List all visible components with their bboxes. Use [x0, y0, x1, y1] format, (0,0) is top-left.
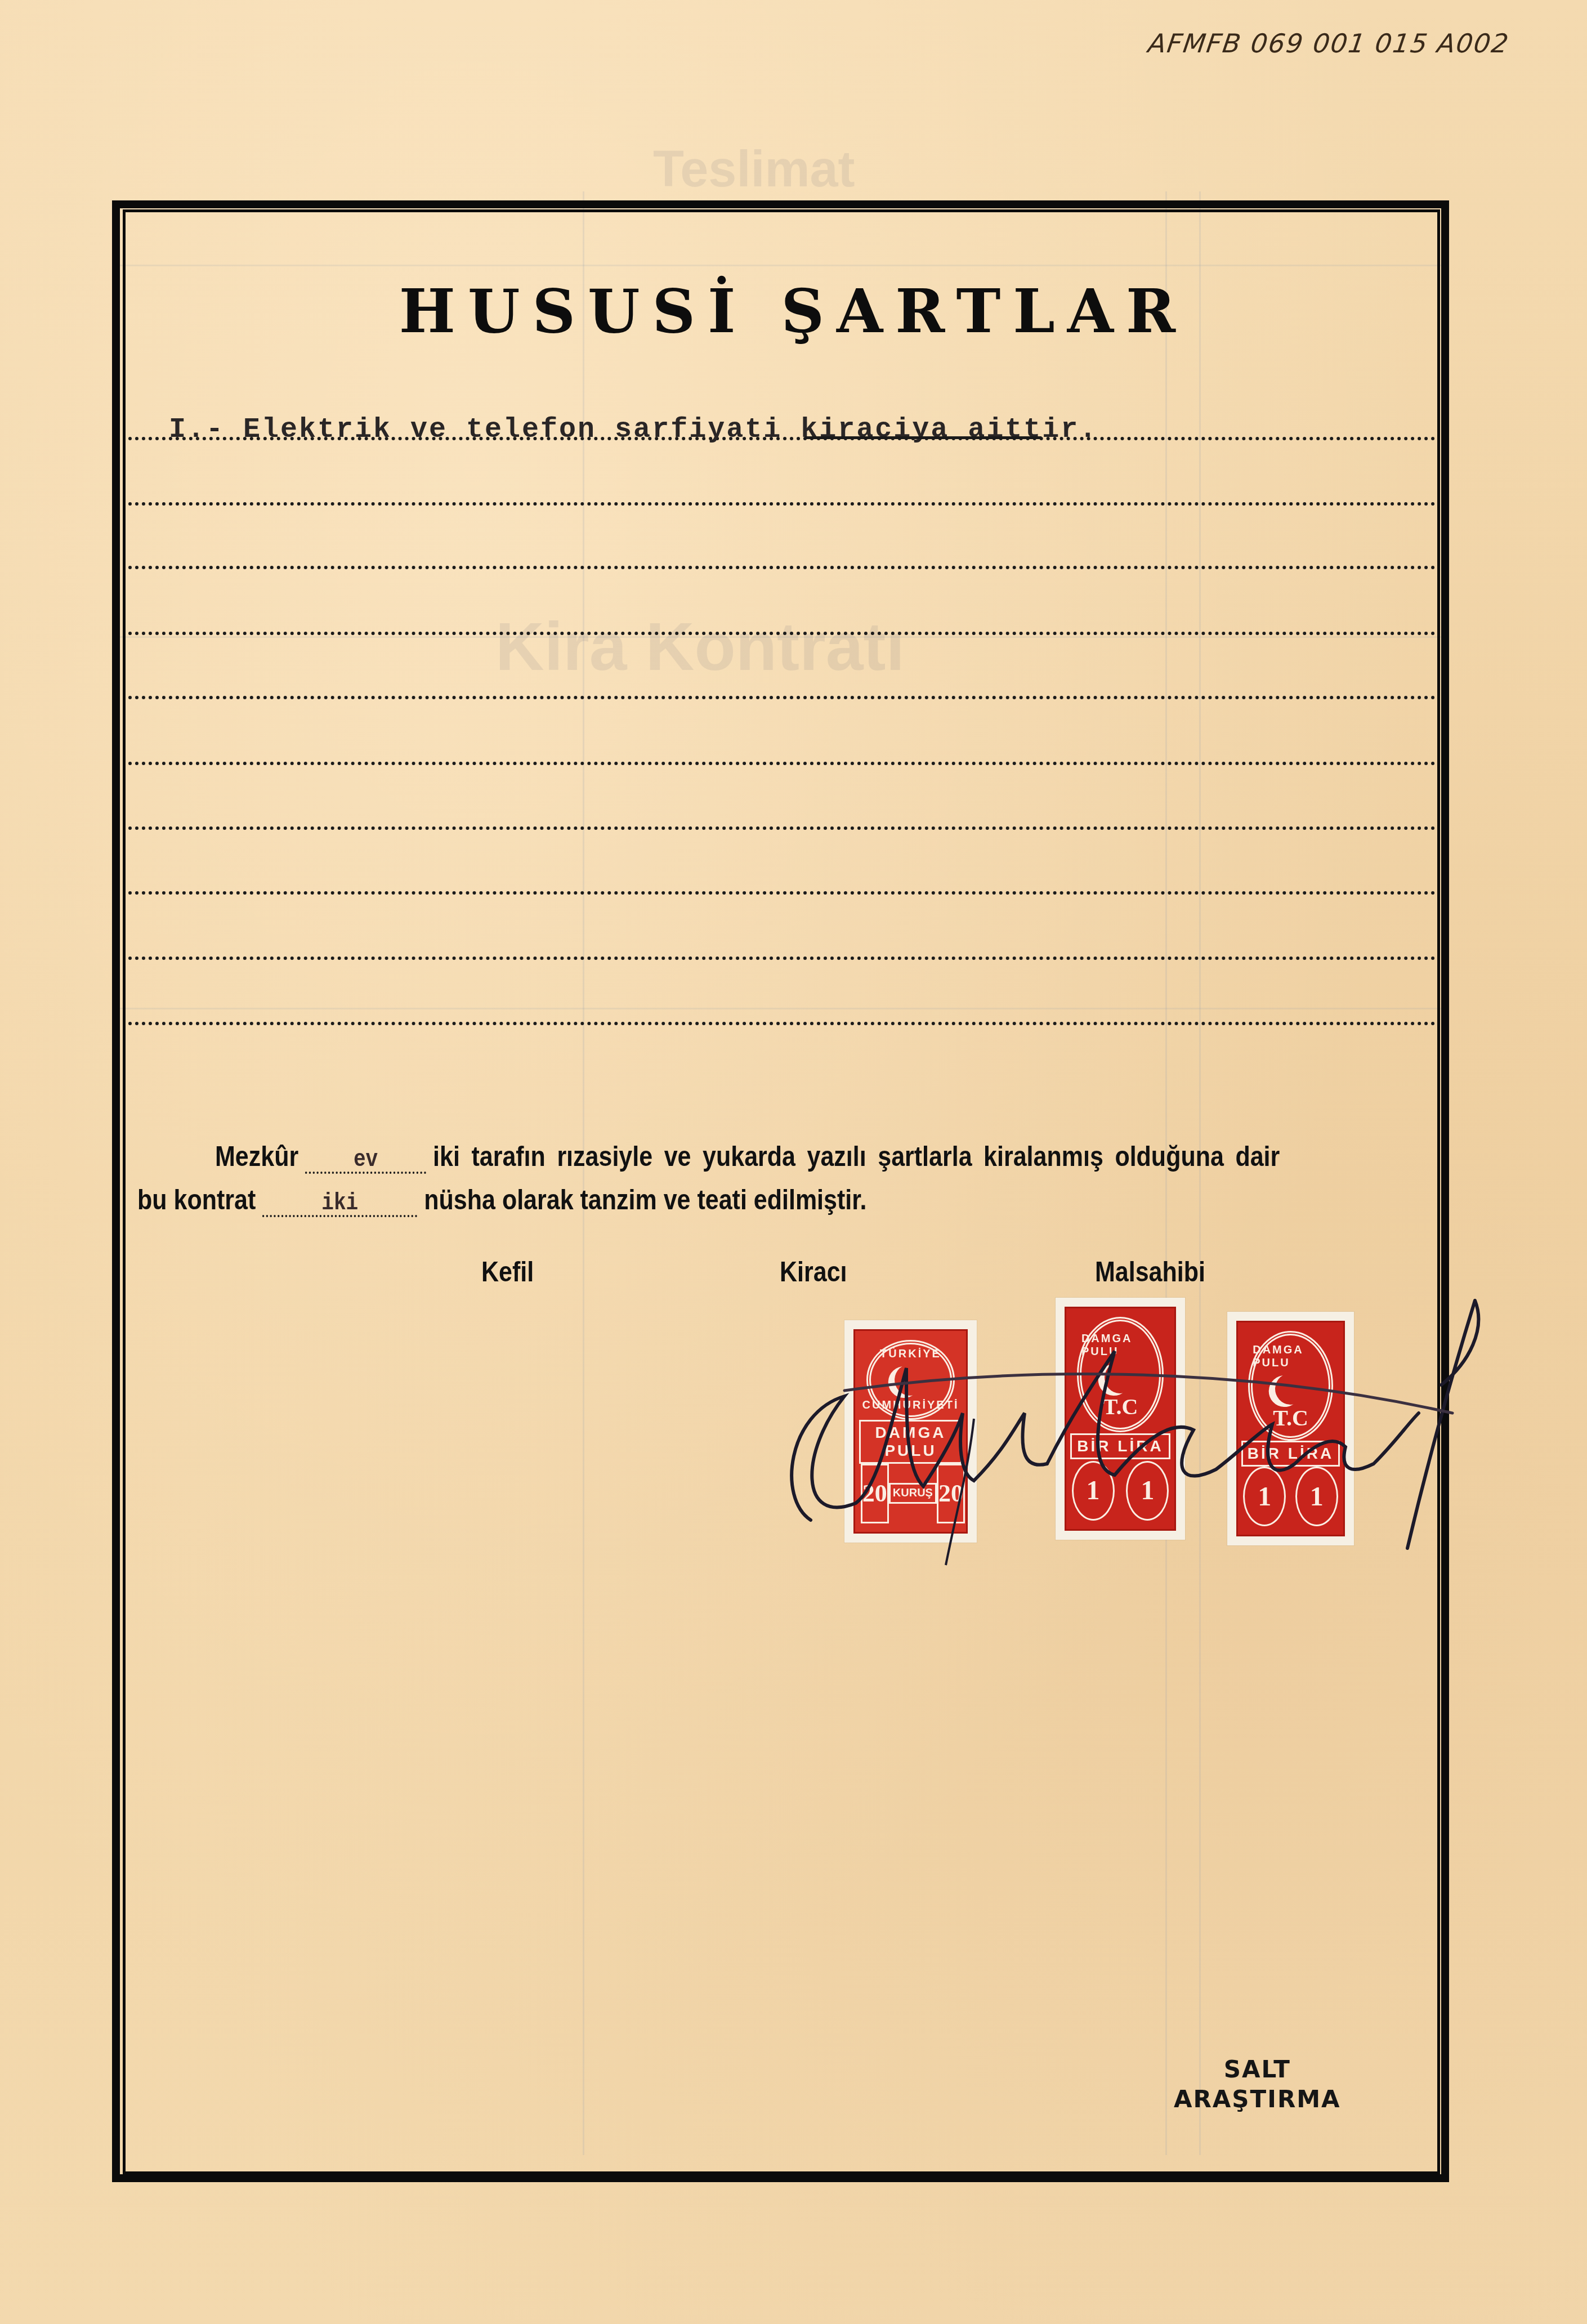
statement-prefix: bu kontrat	[137, 1184, 256, 1215]
archive-stamp-line-1: SALT	[1174, 2055, 1341, 2085]
rule-line	[128, 696, 1436, 699]
clause-1: I.- Elektrik ve telefon sarfiyati kiraci…	[169, 414, 1098, 446]
stamp-top-text: DAMGA PULU	[1081, 1333, 1159, 1358]
stamp-unit: KURUŞ	[889, 1483, 937, 1504]
stamp-emblem: DAMGA PULU T.C	[1077, 1317, 1164, 1432]
stamp-monogram: T.C	[1103, 1393, 1138, 1420]
revenue-stamp-1-lira: DAMGA PULU T.C BİR LİRA 1 1	[1056, 1298, 1185, 1540]
rule-line	[128, 891, 1436, 895]
revenue-stamp-20-kurus: TÜRKİYE CUMHURİYETİ DAMGA PULU 20 KURUŞ …	[844, 1320, 977, 1543]
owner-label: Malsahibi	[1095, 1255, 1205, 1288]
crescent-icon	[891, 1360, 931, 1400]
stamp-bottom-text: CUMHURİYETİ	[862, 1399, 959, 1412]
rule-line	[128, 632, 1436, 635]
rule-line	[128, 502, 1436, 506]
stamp-values: 1 1	[1243, 1467, 1338, 1526]
archive-stamp-line-2: ARAŞTIRMA	[1174, 2085, 1341, 2115]
statement-prefix: Mezkûr	[215, 1141, 298, 1172]
stamp-emblem: TÜRKİYE CUMHURİYETİ	[866, 1340, 955, 1420]
property-field: ev	[305, 1148, 426, 1174]
archive-reference: AFMFB 069 001 015 A002	[1146, 28, 1511, 59]
stamp-band: BİR LİRA	[1241, 1441, 1339, 1467]
statement-line-1: Mezkûr ev iki tarafın rızasiyle ve yukar…	[215, 1140, 1280, 1174]
tenant-label: Kiracı	[780, 1255, 847, 1288]
stamp-top-text: TÜRKİYE	[880, 1348, 941, 1361]
rule-line	[128, 826, 1436, 830]
rule-line	[128, 1022, 1436, 1025]
stamp-band: BİR LİRA	[1070, 1433, 1171, 1459]
stamp-value: 1	[1243, 1467, 1286, 1526]
page-title: HUSUSİ ŞARTLAR	[0, 276, 1587, 346]
stamp-value: 20	[937, 1464, 965, 1523]
stamp-value: 1	[1072, 1461, 1115, 1521]
stamp-value: 1	[1295, 1467, 1338, 1526]
rule-line	[128, 762, 1436, 765]
rule-line	[128, 566, 1436, 569]
clause-1-text: I.- Elektrik ve telefon sarfiyati kiraci…	[169, 414, 1098, 446]
revenue-stamp-1-lira: DAMGA PULU T.C BİR LİRA 1 1	[1227, 1312, 1354, 1545]
copies-field: iki	[262, 1191, 417, 1217]
stamp-value: 20	[861, 1464, 889, 1523]
stamp-band: DAMGA PULU	[859, 1420, 962, 1464]
stamp-top-text: DAMGA PULU	[1253, 1344, 1329, 1370]
strike-mark	[805, 436, 1041, 439]
stamp-emblem: DAMGA PULU T.C	[1248, 1331, 1333, 1441]
statement-suffix: iki tarafın rızasiyle ve yukarda yazılı …	[433, 1141, 1280, 1172]
bleed-through-text: Teslimat	[653, 141, 855, 199]
stamp-values: 1 1	[1072, 1461, 1169, 1521]
guarantor-label: Kefil	[481, 1255, 534, 1288]
statement-suffix: nüsha olarak tanzim ve teati edilmiştir.	[424, 1184, 866, 1215]
archive-stamp: SALT ARAŞTIRMA	[1174, 2055, 1341, 2114]
rule-line	[128, 957, 1436, 960]
statement-line-2: bu kontrat iki nüsha olarak tanzim ve te…	[137, 1183, 867, 1217]
crescent-icon	[1100, 1357, 1141, 1398]
crescent-icon	[1271, 1369, 1311, 1409]
stamp-monogram: T.C	[1273, 1405, 1308, 1431]
stamp-values: 20 KURUŞ 20	[861, 1464, 960, 1523]
stamp-value: 1	[1126, 1461, 1169, 1521]
